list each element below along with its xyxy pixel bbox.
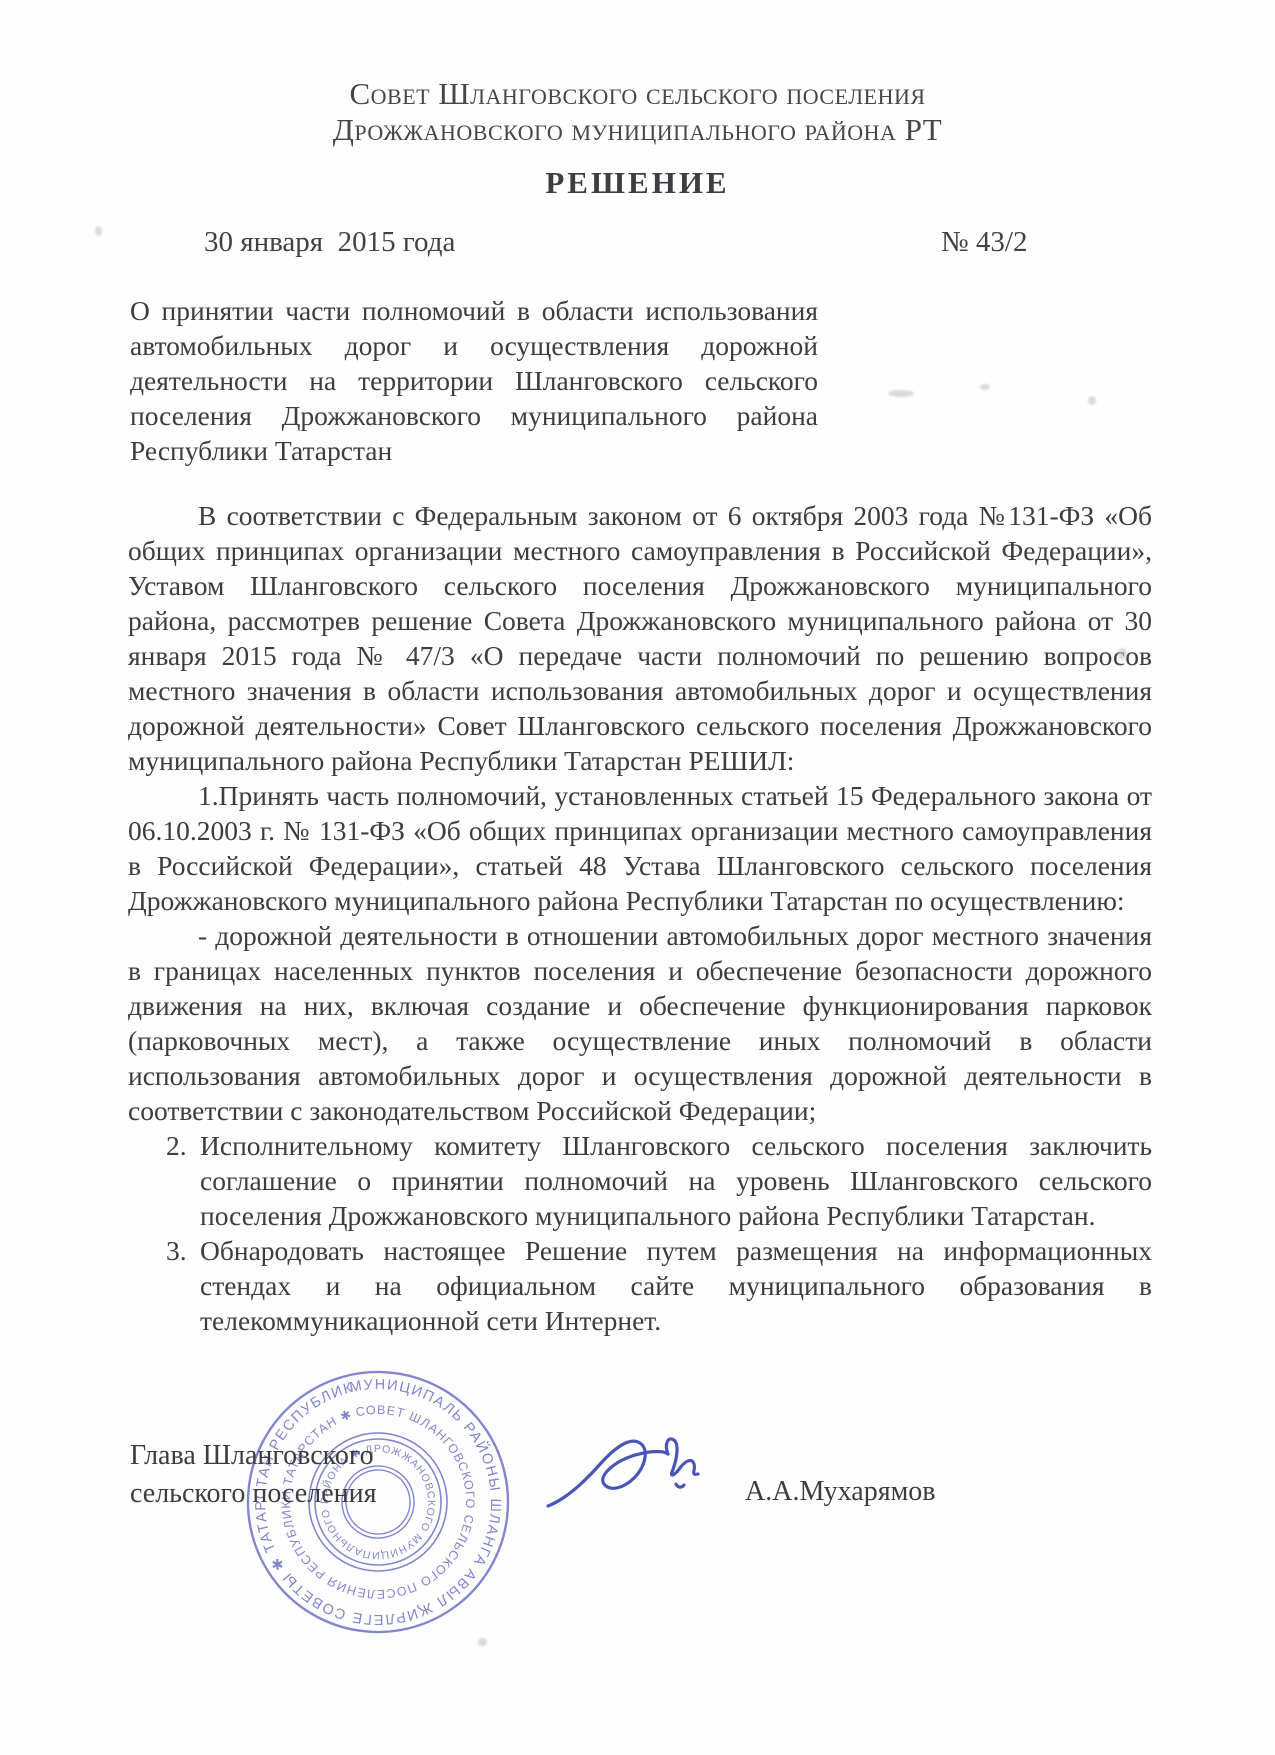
- signer-name: А.А.Мухарямов: [745, 1476, 936, 1508]
- document-title: РЕШЕНИЕ: [0, 165, 1275, 201]
- item-2-text: Исполнительному комитету Шланговского се…: [200, 1130, 1152, 1231]
- document-date: 30 января 2015 года: [204, 226, 455, 259]
- scan-noise-speck: [888, 390, 914, 397]
- scan-noise-speck: [478, 1638, 487, 1646]
- organization-name-line1: Совет Шланговского сельского поселения: [0, 76, 1275, 112]
- scan-noise-speck: [1122, 936, 1129, 945]
- resolution-item-2: 2. Исполнительному комитету Шланговского…: [128, 1128, 1152, 1233]
- signer-post-line1: Глава Шланговского: [130, 1440, 374, 1472]
- document-page: Совет Шланговского сельского поселения Д…: [0, 0, 1275, 1755]
- resolution-item-1-sub: - дорожной деятельности в отношении авто…: [128, 918, 1152, 1128]
- scan-noise-speck: [1088, 396, 1096, 405]
- document-body: В соответствии с Федеральным законом от …: [128, 498, 1152, 1338]
- document-number: № 43/2: [941, 226, 1027, 259]
- scan-noise-speck: [980, 384, 990, 390]
- document-subject: О принятии части полномочий в области ис…: [130, 293, 818, 468]
- scan-noise-speck: [95, 226, 102, 236]
- organization-name-line2: Дрожжановского муниципального района РТ: [0, 112, 1275, 148]
- resolution-item-1: 1.Принять часть полномочий, установленны…: [128, 778, 1152, 918]
- item-2-number: 2.: [166, 1128, 187, 1163]
- item-3-text: Обнародовать настоящее Решение путем раз…: [200, 1235, 1152, 1336]
- scan-noise-speck: [1118, 648, 1127, 660]
- handwritten-signature: [540, 1414, 750, 1534]
- item-3-number: 3.: [166, 1233, 187, 1268]
- signer-post-line2: сельского поселения: [130, 1478, 376, 1510]
- resolution-item-3: 3. Обнародовать настоящее Решение путем …: [128, 1233, 1152, 1338]
- intro-paragraph: В соответствии с Федеральным законом от …: [128, 498, 1152, 778]
